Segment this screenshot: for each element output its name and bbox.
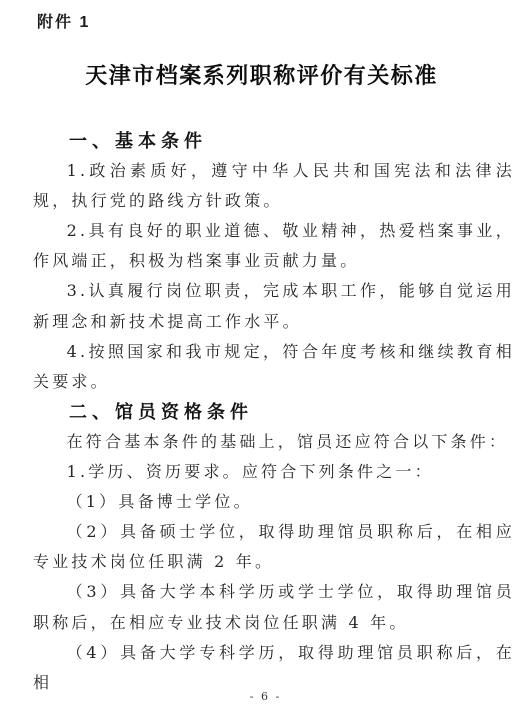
attachment-label: 附件 1: [37, 9, 90, 32]
document-page: 附件 1 天津市档案系列职称评价有关标准 一、基本条件 1.政治素质好，遵守中华…: [0, 0, 531, 713]
paragraph-condition-associate: （4）具备大学专科学历，取得助理馆员职称后，在相: [33, 638, 515, 698]
page-number: - 6 -: [0, 690, 531, 703]
paragraph-condition-bachelor: （3）具备大学本科学历或学士学位，取得助理馆员职称后，在相应专业技术岗位任职满 …: [33, 577, 515, 637]
document-body: 一、基本条件 1.政治素质好，遵守中华人民共和国宪法和法律法规，执行党的路线方针…: [33, 126, 515, 698]
paragraph-professional-ethics: 2.具有良好的职业道德、敬业精神，热爱档案事业，作风端正，积极为档案事业贡献力量…: [33, 216, 515, 276]
paragraph-condition-master: （2）具备硕士学位，取得助理馆员职称后，在相应专业技术岗位任职满 2 年。: [33, 517, 515, 577]
section-heading-basic-conditions: 一、基本条件: [33, 126, 515, 156]
paragraph-education-requirement: 1.学历、资历要求。应符合下列条件之一：: [33, 457, 515, 487]
paragraph-annual-assessment: 4.按照国家和我市规定，符合年度考核和继续教育相关要求。: [33, 337, 515, 397]
paragraph-political-quality: 1.政治素质好，遵守中华人民共和国宪法和法律法规，执行党的路线方针政策。: [33, 156, 515, 216]
paragraph-condition-doctorate: （1）具备博士学位。: [33, 487, 515, 517]
section-heading-librarian-qualifications: 二、馆员资格条件: [33, 397, 515, 427]
document-title: 天津市档案系列职称评价有关标准: [0, 59, 523, 90]
paragraph-qualification-intro: 在符合基本条件的基础上，馆员还应符合以下条件：: [33, 427, 515, 457]
paragraph-job-duties: 3.认真履行岗位职责，完成本职工作，能够自觉运用新理念和新技术提高工作水平。: [33, 276, 515, 336]
